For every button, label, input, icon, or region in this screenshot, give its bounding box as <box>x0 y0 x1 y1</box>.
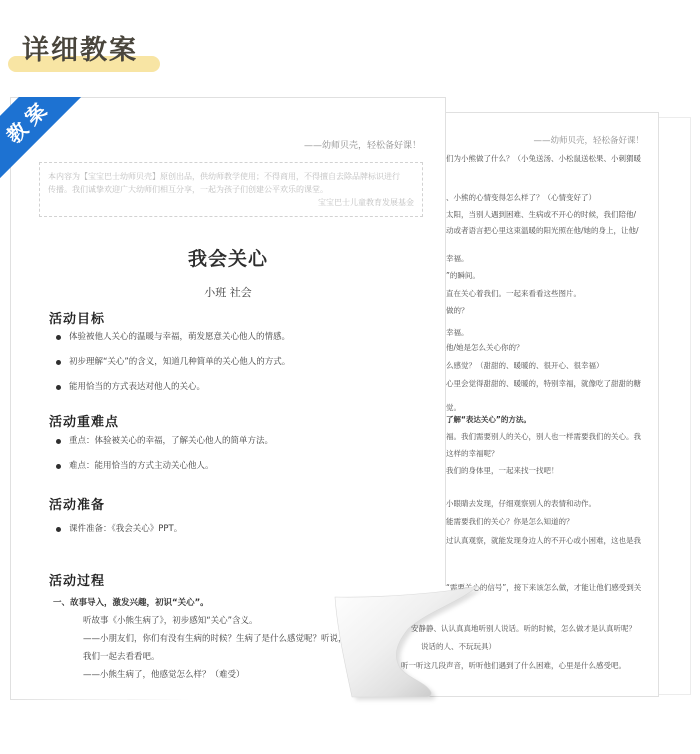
process-line: 听故事《小熊生病了》，初步感知“关心”含义。 <box>83 614 258 626</box>
back-page-text-line: 觉。 <box>446 403 461 412</box>
process-line: 我们一起去看看吧。 <box>83 650 160 662</box>
back-page-text-line: 、小熊的心情变得怎么样了？（心情变好了） <box>446 193 596 202</box>
back-page-text-line: 他/她是怎么关心你的？ <box>446 343 524 352</box>
back-page-text-line: 么感觉？（甜甜的、暖暖的、很开心、很幸福） <box>446 361 604 370</box>
goal-item: 初步理解“关心”的含义，知道几种简单的关心他人的方式。 <box>69 357 290 367</box>
section-heading-keypoints: 活动重难点 <box>49 411 119 430</box>
process-line: ——小熊生病了，他感觉怎么样？（难受） <box>83 668 245 680</box>
back-page-text-line: 幸福。 <box>446 328 469 337</box>
back-page-text-line: 幸福。 <box>446 254 469 263</box>
back-page-text-line: 能需要我们的关心？你是怎么知道的？ <box>446 517 574 526</box>
back-page-text-line: 心里会觉得甜甜的、暖暖的，特别幸福，就像吃了甜甜的糖 <box>446 379 641 388</box>
back-page-text-line: 做的？ <box>446 306 469 315</box>
keypoint-item: 重点：体验被关心的幸福，了解关心他人的简单方法。 <box>69 436 273 446</box>
goal-item: 体验被他人关心的温暖与幸福，萌发愿意关心他人的情感。 <box>69 332 290 342</box>
back-page-text-line: 们为小熊做了什么？（小兔送汤、小松鼠送松果、小刺猬暖 <box>446 154 641 163</box>
process-step-heading: 一、故事导入，激发兴趣，初识“关心”。 <box>53 596 209 608</box>
bullet-dot <box>56 385 61 390</box>
goal-item: 能用恰当的方式表达对他人的关心。 <box>69 382 205 392</box>
back-page-text-line: 这样的幸福呢？ <box>446 449 499 458</box>
bullet-dot <box>56 335 61 340</box>
keypoint-item: 难点：能用恰当的方式主动关心他人。 <box>69 461 214 471</box>
back-page-text-line: 我们的身体里，一起来找一找吧！ <box>446 466 559 475</box>
page-curl <box>320 570 500 710</box>
lesson-title: 我会关心 <box>11 244 445 271</box>
bullet-dot <box>56 439 61 444</box>
back-page-text-line: 太阳，当别人遇到困难、生病或不开心的时候，我们陪他/ <box>446 210 636 219</box>
front-page-slogan: ——幼师贝壳，轻松备好课！ <box>304 138 421 151</box>
lesson-subtitle: 小班 社会 <box>11 284 445 300</box>
bullet-dot <box>56 360 61 365</box>
section-heading-process: 活动过程 <box>49 570 105 589</box>
section-heading-preparation: 活动准备 <box>49 494 105 513</box>
ribbon-label: 教案 <box>0 97 56 153</box>
back-page-text-line: 小眼睛去发现，仔细观察别人的表情和动作。 <box>446 499 596 508</box>
teaching-plan-ribbon: 教案 <box>0 97 94 191</box>
back-page-text-line: 福。我们需要别人的关心，别人也一样需要我们的关心。我 <box>446 432 641 441</box>
bullet-dot <box>56 527 61 532</box>
section-title: 详细教案 <box>22 28 138 67</box>
section-heading-goals: 活动目标 <box>49 308 105 327</box>
back-page-text-line: ”的瞬间。 <box>446 271 480 280</box>
back-page-text-line: 了解“表达关心”的方法。 <box>446 415 531 424</box>
lesson-plan-preview: 详细教案 ——幼师贝壳，轻松备好课！ 们为小熊做了什么？（小兔送汤、小松鼠送松果… <box>0 0 700 754</box>
corner-ribbon-container: 教案 <box>0 97 160 217</box>
preparation-item: 课件准备：《我会关心》PPT。 <box>69 524 182 534</box>
bullet-dot <box>56 464 61 469</box>
back-page-text-line: 动或者语言把心里这束温暖的阳光照在他/她的身上，让他/ <box>446 226 639 235</box>
back-page-text-line: 直在关心着我们。一起来看看这些图片。 <box>446 289 581 298</box>
back-page-text-line: 过认真观察，就能发现身边人的不开心或小困难，这也是我 <box>446 536 641 545</box>
back-page-slogan: ——幼师贝壳，轻松备好课！ <box>533 134 644 146</box>
